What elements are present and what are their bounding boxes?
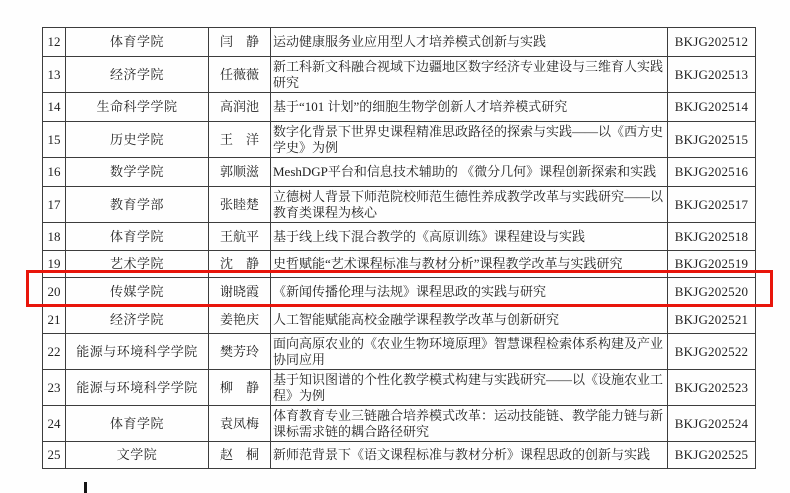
project-title-cell: 基于“101 计划”的细胞生物学创新人才培养模式研究: [271, 93, 668, 122]
table-row: 22 能源与环境科学学院 樊芳玲 面向高原农业的《农业生物环境原理》智慧课程检索…: [43, 334, 756, 370]
table-row: 16 数学学院 郭顺滋 MeshDGP平台和信息技术辅助的 《微分几何》课程创新…: [43, 158, 756, 187]
project-code-cell: BKJG202516: [668, 158, 756, 187]
table-row: 14 生命科学学院 高润池 基于“101 计划”的细胞生物学创新人才培养模式研究…: [43, 93, 756, 122]
table-row: 25 文学院 赵 桐 新师范背景下《语文课程标准与教材分析》课程思政的创新与实践…: [43, 442, 756, 469]
person-name-cell: 高润池: [209, 93, 271, 122]
project-title-cell: 基于知识图谱的个性化教学模式构建与实践研究——以《设施农业工程》为例: [271, 370, 668, 406]
table-row: 15 历史学院 王 洋 数字化背景下世界史课程精准思政路径的探索与实践——以《西…: [43, 122, 756, 158]
project-code-cell: BKJG202515: [668, 122, 756, 158]
project-code-cell: BKJG202523: [668, 370, 756, 406]
row-number: 24: [43, 406, 66, 442]
project-title-cell: MeshDGP平台和信息技术辅助的 《微分几何》课程创新探索和实践: [271, 158, 668, 187]
project-title-cell: 新工科新文科融合视域下边疆地区数字经济专业建设与三维育人实践研究: [271, 57, 668, 93]
college-cell: 体育学院: [66, 223, 209, 251]
project-code-cell: BKJG202522: [668, 334, 756, 370]
row-number: 15: [43, 122, 66, 158]
project-title-cell: 立德树人背景下师范院校师范生德性养成教学改革与实践研究——以教育类课程为核心: [271, 187, 668, 223]
person-name-cell: 王航平: [209, 223, 271, 251]
person-name-cell: 张睦楚: [209, 187, 271, 223]
row-number: 13: [43, 57, 66, 93]
row-number: 12: [43, 28, 66, 57]
person-name-cell: 谢晓霞: [209, 278, 271, 306]
person-name-cell: 柳 静: [209, 370, 271, 406]
person-name-cell: 郭顺滋: [209, 158, 271, 187]
project-title-cell: 《新闻传播伦理与法规》课程思政的实践与研究: [271, 278, 668, 306]
college-cell: 数学学院: [66, 158, 209, 187]
row-number: 25: [43, 442, 66, 469]
person-name-cell: 沈 静: [209, 251, 271, 278]
project-title-cell: 数字化背景下世界史课程精准思政路径的探索与实践——以《西方史学史》为例: [271, 122, 668, 158]
table-row: 18 体育学院 王航平 基于线上线下混合教学的《高原训练》课程建设与实践 BKJ…: [43, 223, 756, 251]
college-cell: 能源与环境科学学院: [66, 334, 209, 370]
table-row: 12 体育学院 闫 静 运动健康服务业应用型人才培养模式创新与实践 BKJG20…: [43, 28, 756, 57]
row-number: 16: [43, 158, 66, 187]
row-number: 22: [43, 334, 66, 370]
project-title-cell: 新师范背景下《语文课程标准与教材分析》课程思政的创新与实践: [271, 442, 668, 469]
table-row: 17 教育学部 张睦楚 立德树人背景下师范院校师范生德性养成教学改革与实践研究—…: [43, 187, 756, 223]
person-name-cell: 闫 静: [209, 28, 271, 57]
row-number: 20: [43, 278, 66, 306]
person-name-cell: 王 洋: [209, 122, 271, 158]
college-cell: 教育学部: [66, 187, 209, 223]
table-row: 19 艺术学院 沈 静 史哲赋能“艺术课程标准与教材分析”课程教学改革与实践研究…: [43, 251, 756, 278]
table-row-highlighted: 20 传媒学院 谢晓霞 《新闻传播伦理与法规》课程思政的实践与研究 BKJG20…: [43, 278, 756, 306]
row-number: 23: [43, 370, 66, 406]
project-code-cell: BKJG202518: [668, 223, 756, 251]
project-title-cell: 史哲赋能“艺术课程标准与教材分析”课程教学改革与实践研究: [271, 251, 668, 278]
project-title-cell: 体育教育专业三链融合培养模式改革：运动技能链、教学能力链与新课标需求链的耦合路径…: [271, 406, 668, 442]
college-cell: 传媒学院: [66, 278, 209, 306]
college-cell: 体育学院: [66, 28, 209, 57]
person-name-cell: 任薇薇: [209, 57, 271, 93]
table-row: 24 体育学院 袁凤梅 体育教育专业三链融合培养模式改革：运动技能链、教学能力链…: [43, 406, 756, 442]
table-row: 23 能源与环境科学学院 柳 静 基于知识图谱的个性化教学模式构建与实践研究——…: [43, 370, 756, 406]
project-code-cell: BKJG202512: [668, 28, 756, 57]
project-title-cell: 基于线上线下混合教学的《高原训练》课程建设与实践: [271, 223, 668, 251]
project-title-cell: 运动健康服务业应用型人才培养模式创新与实践: [271, 28, 668, 57]
college-cell: 历史学院: [66, 122, 209, 158]
college-cell: 艺术学院: [66, 251, 209, 278]
project-code-cell: BKJG202513: [668, 57, 756, 93]
project-code-cell: BKJG202520: [668, 278, 756, 306]
college-cell: 经济学院: [66, 306, 209, 334]
college-cell: 文学院: [66, 442, 209, 469]
project-title-cell: 人工智能赋能高校金融学课程教学改革与创新研究: [271, 306, 668, 334]
scan-artifact-mark: [84, 482, 87, 493]
table-row: 21 经济学院 姜艳庆 人工智能赋能高校金融学课程教学改革与创新研究 BKJG2…: [43, 306, 756, 334]
college-cell: 经济学院: [66, 57, 209, 93]
row-number: 21: [43, 306, 66, 334]
college-cell: 能源与环境科学学院: [66, 370, 209, 406]
table-row: 13 经济学院 任薇薇 新工科新文科融合视域下边疆地区数字经济专业建设与三维育人…: [43, 57, 756, 93]
college-cell: 生命科学学院: [66, 93, 209, 122]
college-cell: 体育学院: [66, 406, 209, 442]
person-name-cell: 赵 桐: [209, 442, 271, 469]
person-name-cell: 袁凤梅: [209, 406, 271, 442]
project-code-cell: BKJG202514: [668, 93, 756, 122]
project-title-cell: 面向高原农业的《农业生物环境原理》智慧课程检索体系构建及产业协同应用: [271, 334, 668, 370]
project-code-cell: BKJG202517: [668, 187, 756, 223]
project-code-cell: BKJG202524: [668, 406, 756, 442]
project-approval-table: 12 体育学院 闫 静 运动健康服务业应用型人才培养模式创新与实践 BKJG20…: [42, 27, 756, 469]
row-number: 18: [43, 223, 66, 251]
project-code-cell: BKJG202521: [668, 306, 756, 334]
person-name-cell: 樊芳玲: [209, 334, 271, 370]
project-code-cell: BKJG202519: [668, 251, 756, 278]
project-code-cell: BKJG202525: [668, 442, 756, 469]
scanned-document-page: 12 体育学院 闫 静 运动健康服务业应用型人才培养模式创新与实践 BKJG20…: [0, 0, 790, 493]
person-name-cell: 姜艳庆: [209, 306, 271, 334]
row-number: 19: [43, 251, 66, 278]
row-number: 14: [43, 93, 66, 122]
row-number: 17: [43, 187, 66, 223]
